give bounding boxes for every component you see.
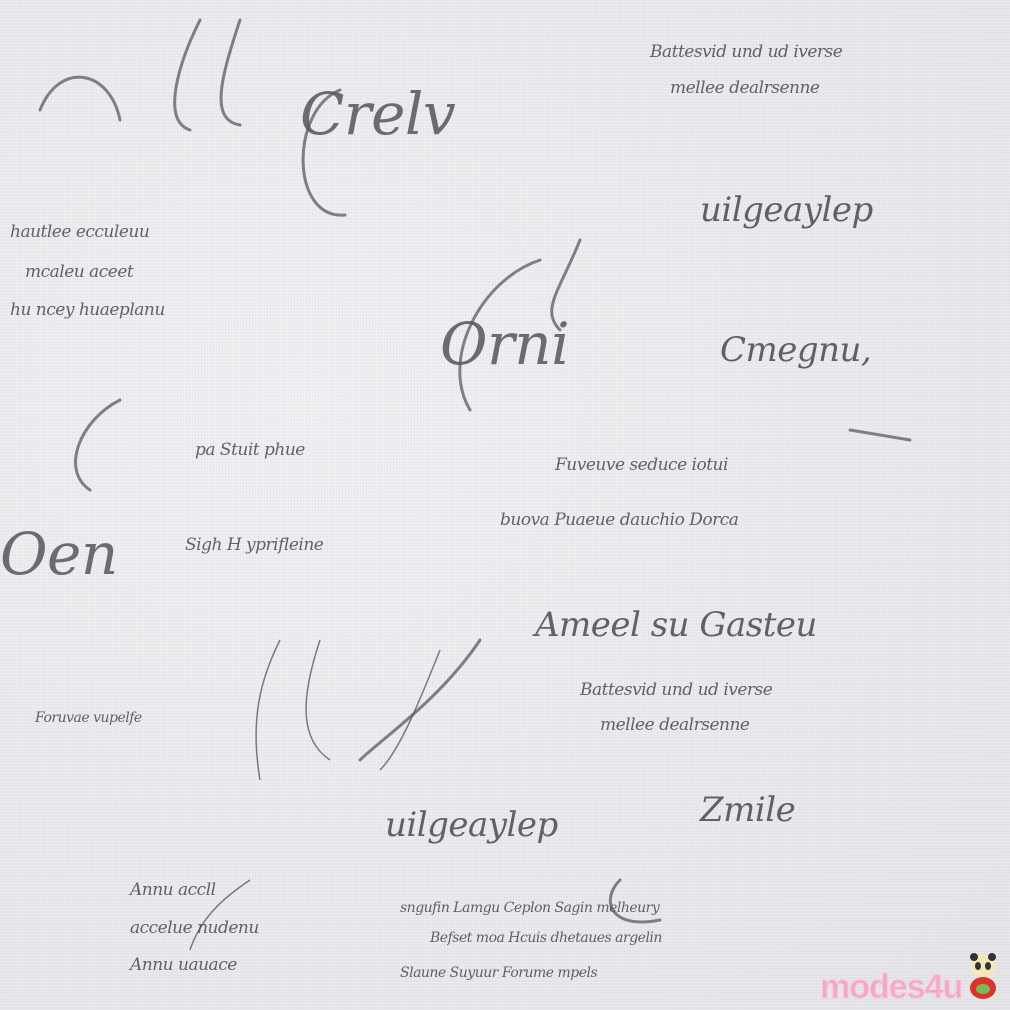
script-line: mcaleu aceet: [25, 262, 133, 282]
script-word: uilgeaylep: [385, 805, 558, 845]
script-word: Ameel su Gasteu: [535, 605, 817, 645]
script-line: Annu uauace: [130, 955, 237, 975]
script-line: Slaune Suyuur Forume mpels: [400, 965, 597, 981]
script-line: mellee dealrsenne: [670, 78, 819, 98]
script-line: Battesvid und ud iverse: [650, 42, 842, 62]
script-line: accelue nudenu: [130, 918, 259, 938]
script-word: Orni: [440, 310, 569, 378]
script-word: Crelv: [300, 80, 455, 148]
panda-doll-icon: [968, 952, 998, 1000]
script-line: Fuveuve seduce iotui: [555, 455, 728, 475]
watermark-text: modes4u: [820, 968, 962, 1007]
script-line: Annu accll: [130, 880, 216, 900]
script-line: pa Stuit phue: [195, 440, 305, 460]
script-line: Befset moa Hcuis dhetaues argelin: [430, 930, 662, 946]
script-line: mellee dealrsenne: [600, 715, 749, 735]
script-line: hu ncey huaeplanu: [10, 300, 165, 320]
script-line: Battesvid und ud iverse: [580, 680, 772, 700]
script-line: hautlee ecculeuu: [10, 222, 149, 242]
script-word: Zmile: [700, 790, 795, 830]
script-line: sngufin Lamgu Ceplon Sagin melheury: [400, 900, 659, 916]
script-word: Cmegnu,: [720, 330, 871, 370]
script-line: Sigh H yprifleine: [185, 535, 323, 555]
script-line: Foruvae vupelfe: [35, 710, 142, 726]
script-word: uilgeaylep: [700, 190, 873, 230]
script-flourishes: [0, 0, 1010, 1010]
script-line: buova Puaeue dauchio Dorca: [500, 510, 738, 530]
script-word: Oen: [0, 520, 118, 588]
